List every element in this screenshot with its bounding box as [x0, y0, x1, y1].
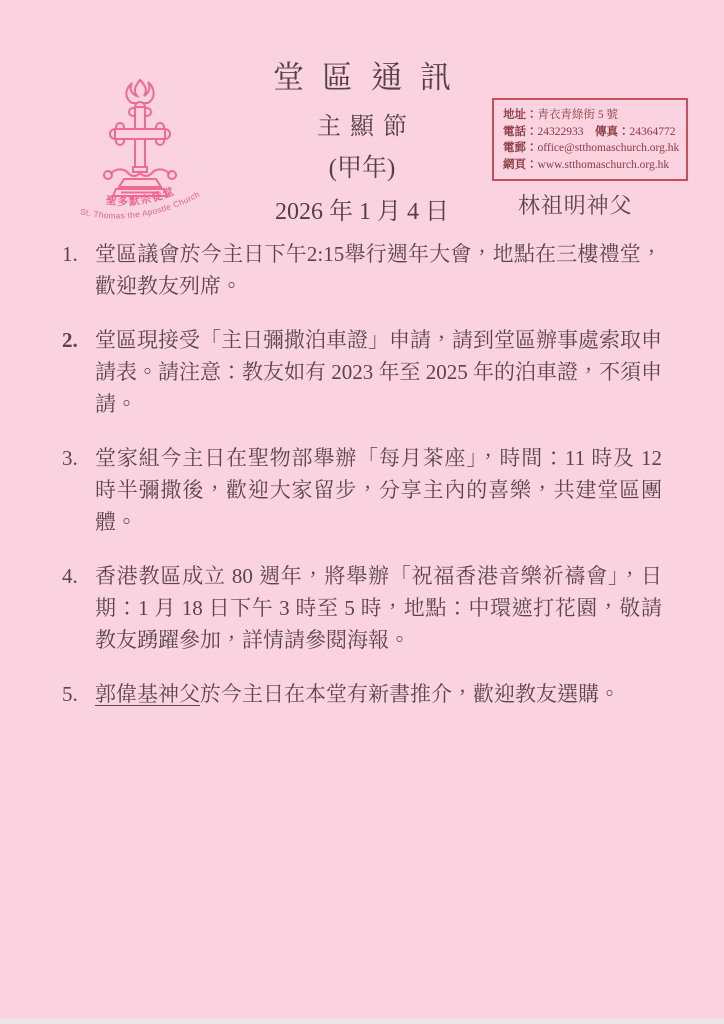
contact-address-label: 地址：: [503, 109, 538, 121]
notice-underlined-lead: 郭偉基神父: [95, 682, 200, 706]
notice-body: 堂區議會於今主日下午2:15舉行週年大會，地點在三樓禮堂，歡迎教友列席。: [95, 242, 662, 298]
budded-cross-with-flame-icon: 聖多默宗徒堂 St. Thomas the Apostle Church: [74, 76, 208, 220]
contact-box: 地址：青衣青綠街 5 號 電話：24322933 傳真：24364772 電郵：…: [492, 98, 688, 181]
contact-website-label: 網頁：: [503, 159, 538, 171]
notice-number: 2.: [62, 324, 95, 420]
contact-phone-value: 24322933: [538, 126, 584, 138]
contact-email: 電郵：office@stthomaschurch.org.hk: [503, 140, 680, 157]
notice-item-2: 2. 堂區現接受「主日彌撒泊車證」申請，請到堂區辦事處索取申請表。請注意：教友如…: [62, 324, 662, 420]
notice-number: 1.: [62, 238, 95, 302]
contact-fax-value: 24364772: [630, 126, 676, 138]
notice-number: 5.: [62, 678, 95, 710]
contact-email-label: 電郵：: [503, 142, 538, 154]
notice-number: 4.: [62, 560, 95, 656]
notice-text: 堂區議會於今主日下午2:15舉行週年大會，地點在三樓禮堂，歡迎教友列席。: [95, 238, 662, 302]
contact-address-value: 青衣青綠街 5 號: [538, 109, 619, 121]
priest-name: 林祖明神父: [518, 189, 632, 220]
scan-bottom-edge: [0, 1019, 724, 1024]
contact-phone-label: 電話：: [503, 126, 538, 138]
contact-address: 地址：青衣青綠街 5 號: [503, 107, 680, 124]
contact-email-value: office@stthomaschurch.org.hk: [538, 142, 680, 154]
notice-item-1: 1. 堂區議會於今主日下午2:15舉行週年大會，地點在三樓禮堂，歡迎教友列席。: [62, 238, 662, 302]
notice-item-5: 5. 郭偉基神父於今主日在本堂有新書推介，歡迎教友選購。: [62, 678, 662, 710]
notice-item-3: 3. 堂家組今主日在聖物部舉辦「每月茶座」，時間：11 時及 12 時半彌撒後，…: [62, 442, 662, 538]
notice-number: 3.: [62, 442, 95, 538]
notice-body: 香港教區成立 80 週年，將舉辦「祝福香港音樂祈禱會」，日期：1 月 18 日下…: [95, 564, 662, 652]
notice-text: 堂家組今主日在聖物部舉辦「每月茶座」，時間：11 時及 12 時半彌撒後，歡迎大…: [95, 442, 662, 538]
notice-body: 堂區現接受「主日彌撒泊車證」申請，請到堂區辦事處索取申請表。請注意：教友如有 2…: [95, 328, 662, 416]
newsletter-page: 聖多默宗徒堂 St. Thomas the Apostle Church 堂區通…: [0, 0, 724, 1024]
notice-text: 堂區現接受「主日彌撒泊車證」申請，請到堂區辦事處索取申請表。請注意：教友如有 2…: [95, 324, 662, 420]
notice-text: 香港教區成立 80 週年，將舉辦「祝福香港音樂祈禱會」，日期：1 月 18 日下…: [95, 560, 662, 656]
notice-text: 郭偉基神父於今主日在本堂有新書推介，歡迎教友選購。: [95, 678, 662, 710]
notice-body: 於今主日在本堂有新書推介，歡迎教友選購。: [200, 682, 620, 706]
contact-fax-label: 傳真：: [584, 126, 630, 138]
newsletter-header: 聖多默宗徒堂 St. Thomas the Apostle Church 堂區通…: [0, 0, 724, 232]
notice-body: 堂家組今主日在聖物部舉辦「每月茶座」，時間：11 時及 12 時半彌撒後，歡迎大…: [95, 446, 662, 534]
church-logo: 聖多默宗徒堂 St. Thomas the Apostle Church: [74, 76, 208, 220]
contact-website: 網頁：www.stthomaschurch.org.hk: [503, 157, 680, 174]
notice-list: 1. 堂區議會於今主日下午2:15舉行週年大會，地點在三樓禮堂，歡迎教友列席。 …: [0, 238, 724, 710]
contact-phone-fax: 電話：24322933 傳真：24364772: [503, 124, 680, 141]
notice-item-4: 4. 香港教區成立 80 週年，將舉辦「祝福香港音樂祈禱會」，日期：1 月 18…: [62, 560, 662, 656]
contact-website-value: www.stthomaschurch.org.hk: [538, 159, 670, 171]
